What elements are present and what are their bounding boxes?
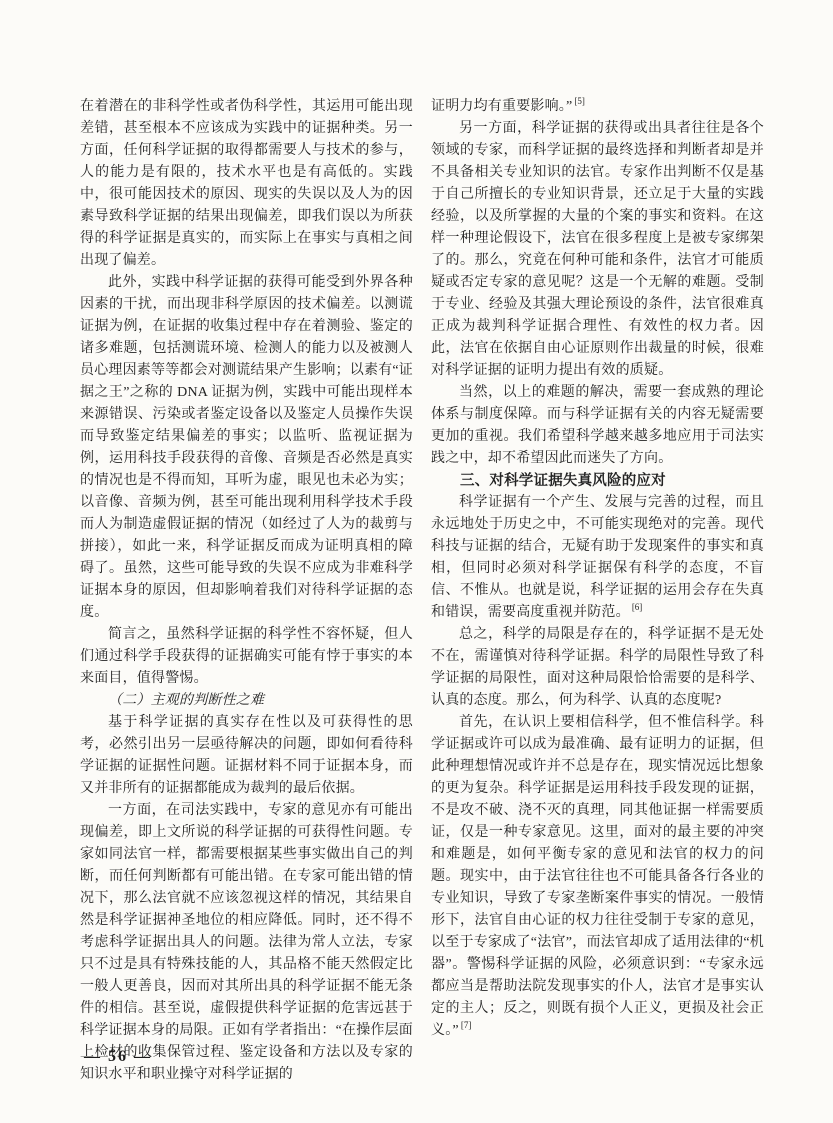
page-body: 在着潜在的非科学性或者伪科学性，其运用可能出现差错，甚至根本不应该成为实践中的证… — [80, 96, 764, 1086]
paragraph: 另一方面，科学证据的获得或出具者往往是各个领域的专家，而科学证据的最终选择和判断… — [431, 118, 764, 382]
paragraph: 总之，科学的局限是存在的，科学证据不是无处不在，需谨慎对待科学证据。科学的局限性… — [431, 624, 764, 712]
paragraph: 基于科学证据的真实存在性以及可获得性的思考，必然引出另一层亟待解决的问题，即如何… — [80, 712, 413, 800]
paragraph: 首先，在认识上要相信科学，但不惟信科学。科学证据或许可以成为最准确、最有证明力的… — [431, 712, 764, 1042]
paragraph-text: 首先，在认识上要相信科学，但不惟信科学。科学证据或许可以成为最准确、最有证明力的… — [431, 715, 764, 1038]
paragraph: 在着潜在的非科学性或者伪科学性，其运用可能出现差错，甚至根本不应该成为实践中的证… — [80, 96, 413, 272]
paragraph-text: 科学证据有一个产生、发展与完善的过程，而且永远地处于历史之中，不可能实现绝对的完… — [431, 495, 764, 620]
paragraph: 一方面，在司法实践中，专家的意见亦有可能出现偏差，即上文所说的科学证据的可获得性… — [80, 800, 413, 1086]
paragraph: 此外，实践中科学证据的获得可能受到外界各种因素的干扰，而出现非科学原因的技术偏差… — [80, 272, 413, 624]
column-left: 在着潜在的非科学性或者伪科学性，其运用可能出现差错，甚至根本不应该成为实践中的证… — [80, 96, 413, 1086]
footnote-ref-6: [6] — [630, 602, 643, 612]
footnote-ref-5: [5] — [572, 96, 585, 106]
paragraph: 简言之，虽然科学证据的科学性不容怀疑，但人们通过科学手段获得的证据确实可能有悖于… — [80, 624, 413, 690]
paragraph-text: 证明力均有重要影响。” — [431, 99, 572, 114]
subsection-heading: （二）主观的判断性之难 — [80, 690, 413, 712]
section-heading: 三、对科学证据失真风险的应对 — [431, 470, 764, 492]
page-number: — 56 — — [84, 1048, 152, 1066]
document-page: 在着潜在的非科学性或者伪科学性，其运用可能出现差错，甚至根本不应该成为实践中的证… — [0, 0, 833, 1123]
paragraph: 科学证据有一个产生、发展与完善的过程，而且永远地处于历史之中，不可能实现绝对的完… — [431, 492, 764, 624]
footnote-ref-7: [7] — [459, 1020, 472, 1030]
paragraph: 当然，以上的难题的解决，需要一套成熟的理论体系与制度保障。而与科学证据有关的内容… — [431, 382, 764, 470]
column-right: 证明力均有重要影响。”[5] 另一方面，科学证据的获得或出具者往往是各个领域的专… — [431, 96, 764, 1086]
paragraph: 证明力均有重要影响。”[5] — [431, 96, 764, 118]
